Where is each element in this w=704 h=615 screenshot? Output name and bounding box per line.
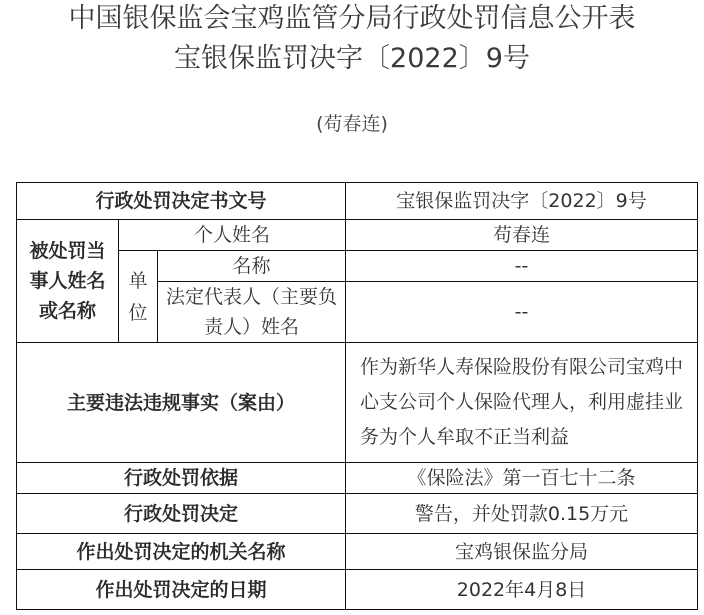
decision-no-label: 行政处罚决定书文号	[17, 183, 346, 220]
table-row-decision-no: 行政处罚决定书文号 宝银保监罚决字〔2022〕9号	[17, 183, 698, 220]
party-label: 被处罚当事人姓名或名称	[17, 220, 119, 343]
legal-rep-label: 法定代表人（主要负责人）姓名	[158, 282, 346, 343]
date-value: 2022年4月8日	[346, 570, 698, 610]
decision-value: 警告，并处罚款0.15万元	[346, 494, 698, 534]
table-row-date: 作出处罚决定的日期 2022年4月8日	[17, 570, 698, 610]
table-row-unit-name: 单位 名称 --	[17, 251, 698, 282]
table-row-facts: 主要违法违规事实（案由） 作为新华人寿保险股份有限公司宝鸡中心支公司个人保险代理…	[17, 343, 698, 463]
party-name-subtitle: (苟春连)	[0, 108, 704, 140]
facts-value: 作为新华人寿保险股份有限公司宝鸡中心支公司个人保险代理人，利用虚挂业务为个人牟取…	[346, 343, 698, 463]
facts-label: 主要违法违规事实（案由）	[17, 343, 346, 463]
table-row-decision: 行政处罚决定 警告，并处罚款0.15万元	[17, 494, 698, 534]
table-row-authority: 作出处罚决定的机关名称 宝鸡银保监分局	[17, 534, 698, 570]
basis-label: 行政处罚依据	[17, 463, 346, 494]
individual-name-label: 个人姓名	[119, 220, 346, 251]
unit-name-label: 名称	[158, 251, 346, 282]
unit-name-value: --	[346, 251, 698, 282]
decision-no-value: 宝银保监罚决字〔2022〕9号	[346, 183, 698, 220]
document-title: 中国银保监会宝鸡监管分局行政处罚信息公开表	[0, 0, 704, 38]
basis-value: 《保险法》第一百七十二条	[346, 463, 698, 494]
document-number-title: 宝银保监罚决字〔2022〕9号	[0, 40, 704, 78]
penalty-info-table: 行政处罚决定书文号 宝银保监罚决字〔2022〕9号 被处罚当事人姓名或名称 个人…	[16, 182, 698, 610]
legal-rep-value: --	[346, 282, 698, 343]
table-row-individual: 被处罚当事人姓名或名称 个人姓名 苟春连	[17, 220, 698, 251]
table-row-basis: 行政处罚依据 《保险法》第一百七十二条	[17, 463, 698, 494]
date-label: 作出处罚决定的日期	[17, 570, 346, 610]
authority-value: 宝鸡银保监分局	[346, 534, 698, 570]
decision-label: 行政处罚决定	[17, 494, 346, 534]
authority-label: 作出处罚决定的机关名称	[17, 534, 346, 570]
unit-label: 单位	[119, 251, 158, 343]
individual-name-value: 苟春连	[346, 220, 698, 251]
